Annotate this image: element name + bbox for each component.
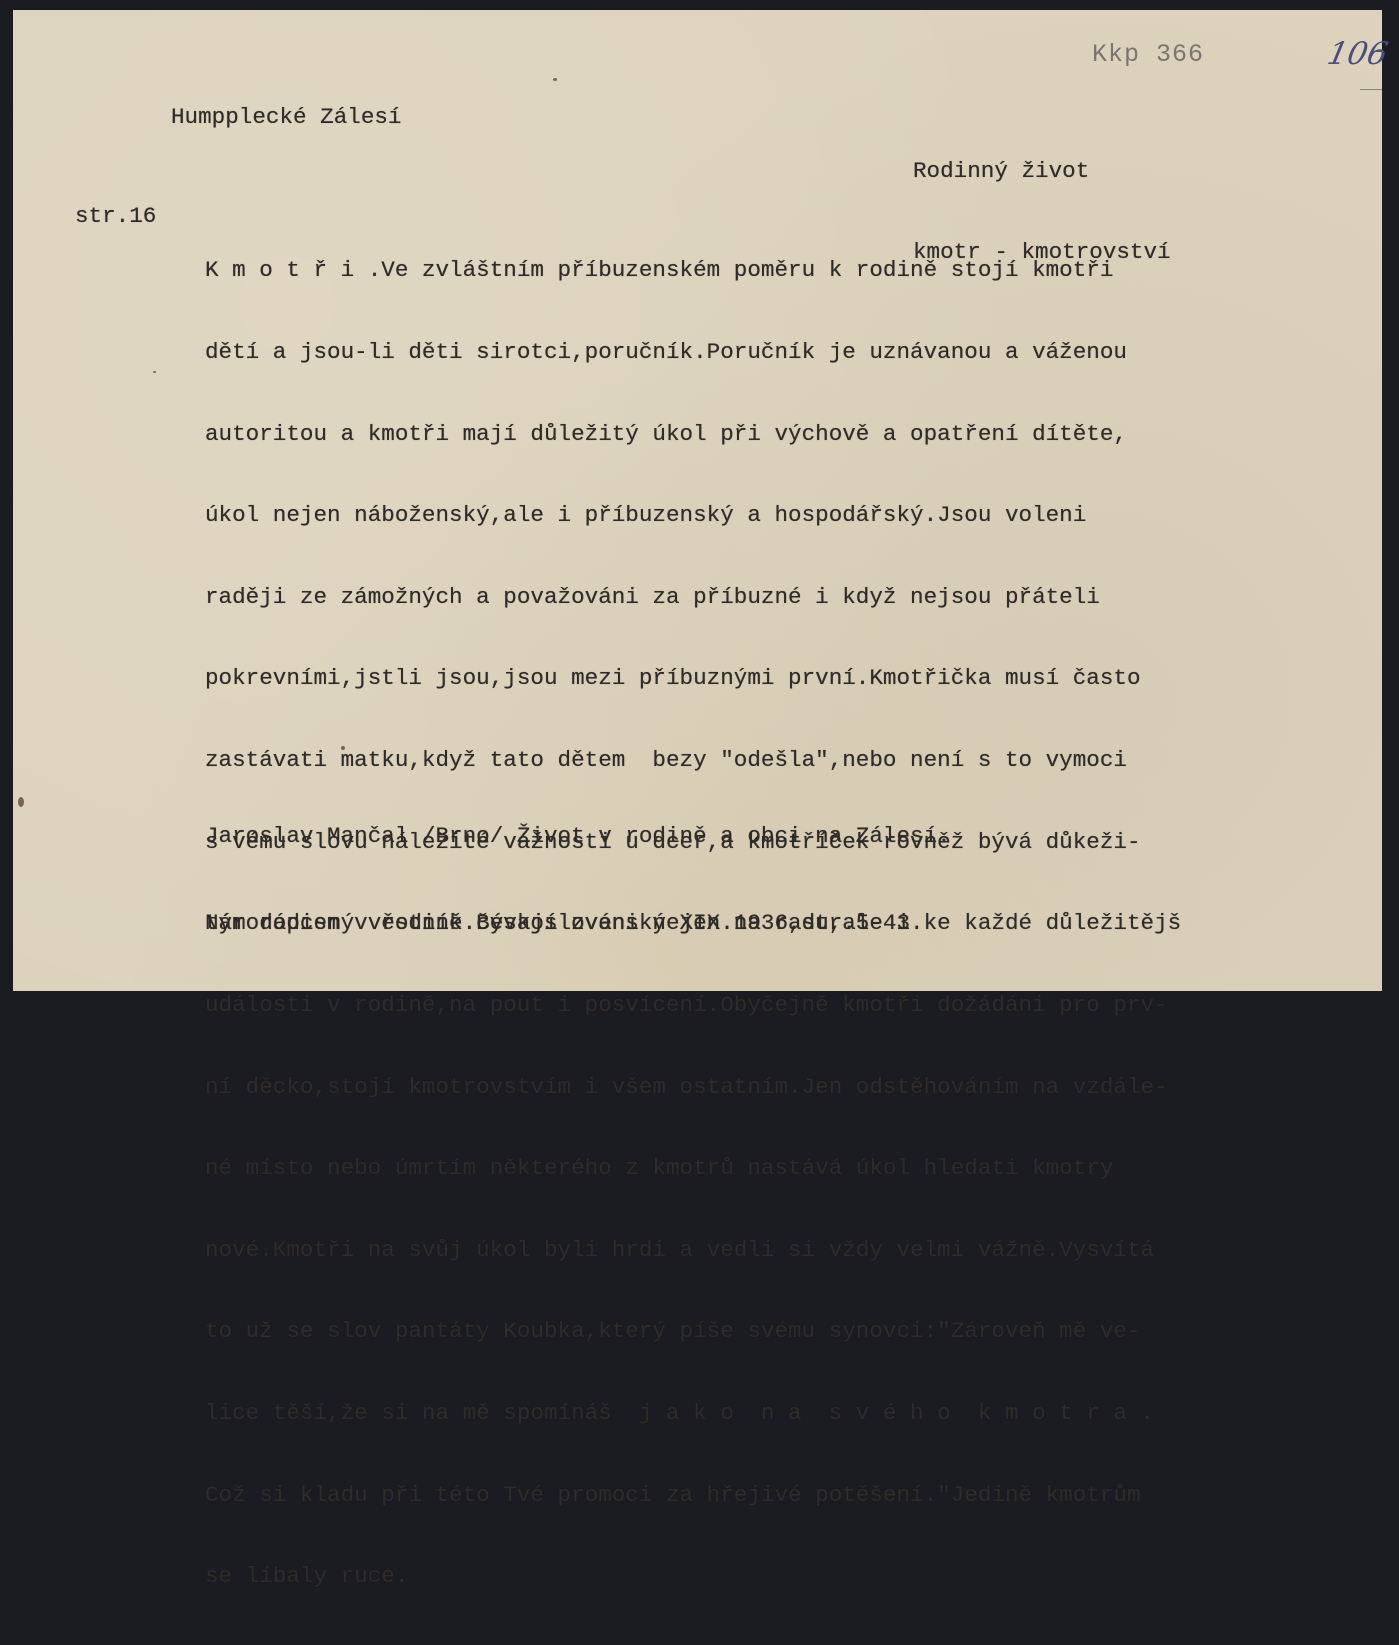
paper-speck	[153, 371, 156, 373]
handwritten-page-number: 106	[1324, 36, 1391, 72]
body-line: raději ze zámožných a považováni za příb…	[205, 584, 1181, 611]
body-line: K m o t ř i .Ve zvláštním příbuzenském p…	[205, 257, 1181, 284]
paper-speck	[553, 78, 557, 81]
source-line: Jaroslav Mančal /Brno/ Život v rodině a …	[205, 822, 951, 851]
paper-speck	[18, 797, 24, 807]
source-line: Národopisný věstník československý XIX.1…	[205, 909, 951, 938]
source-citation: Jaroslav Mančal /Brno/ Život v rodině a …	[205, 764, 951, 996]
body-line: autoritou a kmotři mají důležitý úkol př…	[205, 421, 1181, 448]
location-heading: Humpplecké Zálesí	[171, 104, 402, 130]
edge-tick-mark	[1360, 89, 1382, 90]
body-line: dětí a jsou-li děti sirotci,poručník.Por…	[205, 339, 1181, 366]
catalog-number: Kkp 366	[1092, 40, 1204, 69]
scan-background: Kkp 366 106 Humpplecké Zálesí Rodinný ži…	[0, 0, 1399, 1000]
body-line: úkol nejen náboženský,ale i příbuzenský …	[205, 502, 1181, 529]
category-line: Rodinný život	[913, 158, 1171, 185]
page-reference: str.16	[75, 203, 156, 229]
body-line: pokrevními,jstli jsou,jsou mezi příbuzný…	[205, 665, 1181, 692]
